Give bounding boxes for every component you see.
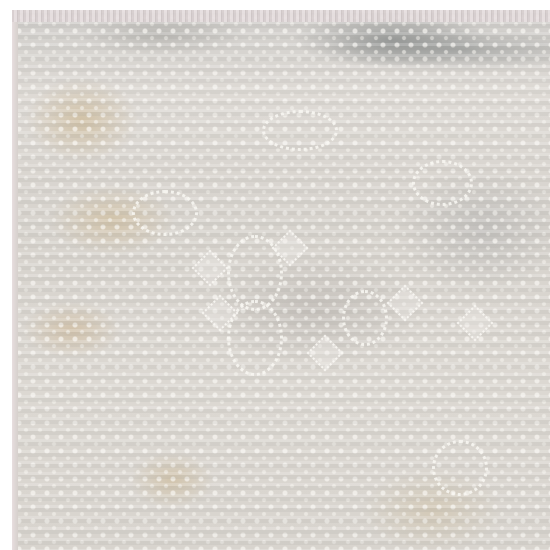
medallion bbox=[262, 110, 338, 151]
medallion bbox=[132, 190, 198, 236]
rug-fringe bbox=[12, 10, 550, 22]
diamond-motif bbox=[457, 305, 494, 342]
diamond-motif bbox=[387, 285, 424, 322]
medallion bbox=[432, 440, 488, 496]
rug-side-edge bbox=[12, 10, 18, 550]
rug-medallions bbox=[12, 10, 550, 550]
photo-canvas bbox=[0, 0, 550, 550]
diamond-motif bbox=[307, 335, 344, 372]
rug bbox=[12, 10, 550, 550]
diamond-motif bbox=[192, 250, 229, 287]
medallion bbox=[342, 290, 388, 346]
medallion bbox=[412, 160, 473, 206]
